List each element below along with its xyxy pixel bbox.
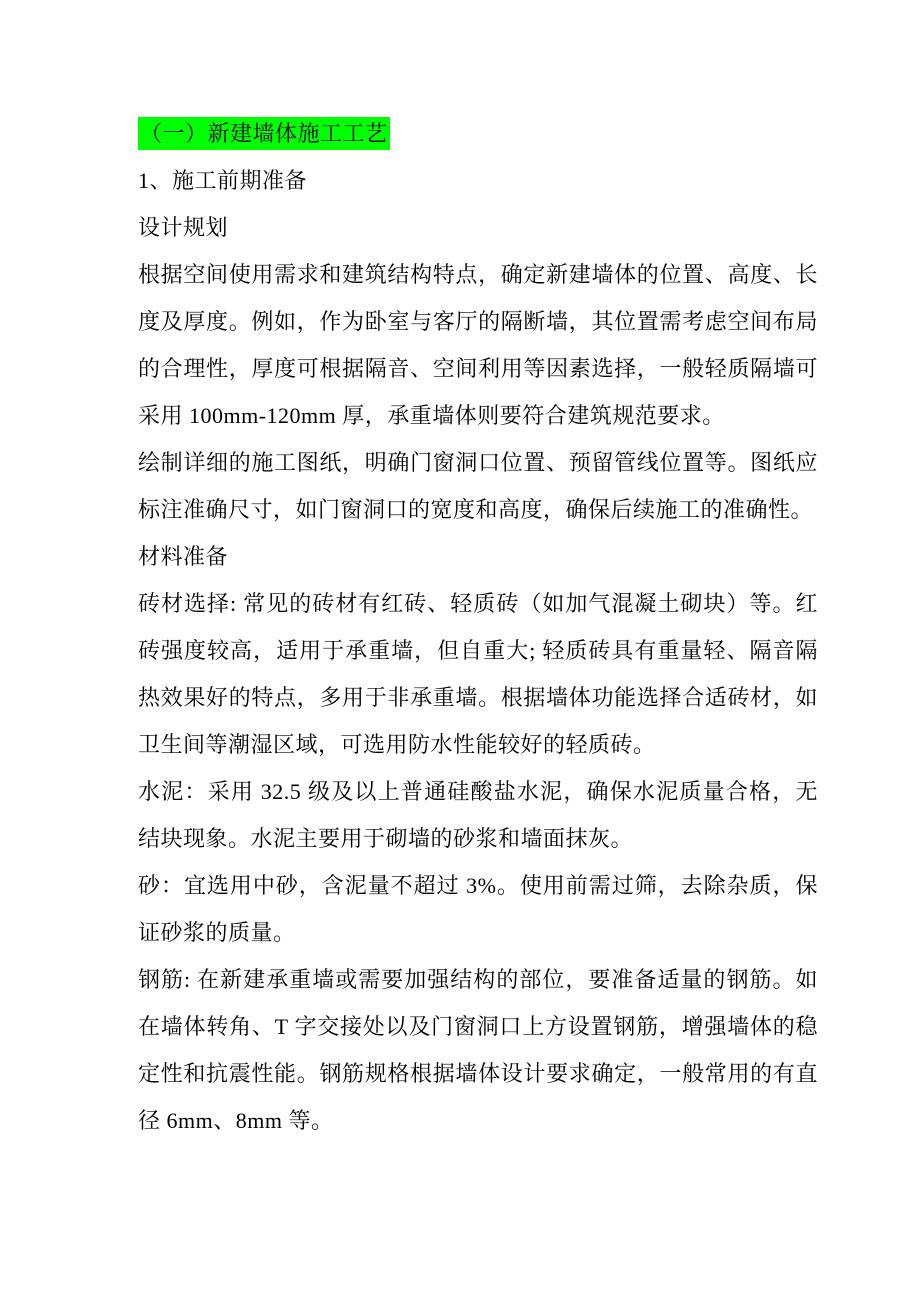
subheading-design-planning: 设计规划	[138, 204, 818, 251]
para-cement: 水泥：采用 32.5 级及以上普通硅酸盐水泥，确保水泥质量合格，无结块现象。水泥…	[138, 768, 818, 862]
section-heading-text: （一）新建墙体施工工艺	[138, 117, 390, 150]
para-rebar: 钢筋: 在新建承重墙或需要加强结构的部位，要准备适量的钢筋。如在墙体转角、T 字…	[138, 956, 818, 1144]
subheading-material-preparation: 材料准备	[138, 533, 818, 580]
para-sand: 砂：宜选用中砂，含泥量不超过 3%。使用前需过筛，去除杂质，保证砂浆的质量。	[138, 862, 818, 956]
subheading-construction-preparation: 1、施工前期准备	[138, 157, 818, 204]
section-heading: （一）新建墙体施工工艺	[138, 110, 818, 157]
para-brick-selection: 砖材选择: 常见的砖材有红砖、轻质砖（如加气混凝土砌块）等。红砖强度较高，适用于…	[138, 580, 818, 768]
document-body: （一）新建墙体施工工艺 1、施工前期准备 设计规划 根据空间使用需求和建筑结构特…	[138, 110, 818, 1144]
para-construction-drawings: 绘制详细的施工图纸，明确门窗洞口位置、预留管线位置等。图纸应标注准确尺寸，如门窗…	[138, 439, 818, 533]
para-wall-position-and-thickness: 根据空间使用需求和建筑结构特点，确定新建墙体的位置、高度、长度及厚度。例如，作为…	[138, 251, 818, 439]
